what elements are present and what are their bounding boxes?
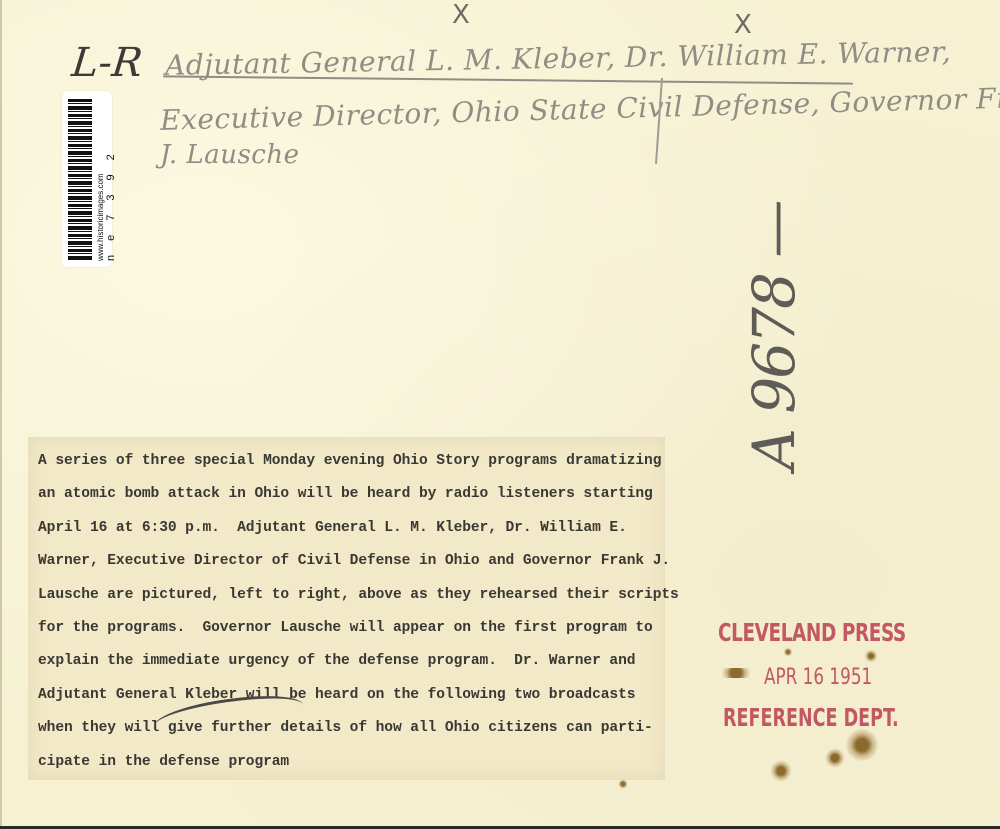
age-stain (783, 648, 793, 656)
caption-line: cipate in the defense program (38, 746, 679, 779)
accession-number: A 9678 — (740, 202, 808, 470)
barcode-icon (68, 99, 92, 261)
caption-line: an atomic bomb attack in Ohio will be he… (38, 478, 679, 511)
x-mark-icon: X (452, 0, 470, 30)
x-mark-icon: X (734, 10, 752, 40)
caption-line: A series of three special Monday evening… (38, 445, 679, 478)
barcode-website: www.historicimages.com (96, 101, 105, 261)
caption-line: Warner, Executive Director of Civil Defe… (38, 545, 679, 578)
age-stain (716, 668, 756, 678)
age-stain (825, 748, 845, 768)
stamp-department: REFERENCE DEPT. (723, 703, 899, 732)
caption-line: for the programs. Governor Lausche will … (38, 612, 679, 645)
age-stain (770, 760, 792, 782)
barcode-digits: ne7392 (105, 140, 117, 261)
typed-caption-slip: A series of three special Monday evening… (28, 437, 665, 780)
orientation-note: L-R (70, 40, 145, 86)
photo-back: L-R Adjutant General L. M. Kleber, Dr. W… (0, 0, 1000, 826)
barcode-label: www.historicimages.com ne7392 (62, 91, 112, 267)
age-stain (864, 650, 878, 662)
stamp-publisher: CLEVELAND PRESS (718, 618, 906, 647)
caption-line: explain the immediate urgency of the def… (38, 645, 679, 678)
caption-text: A series of three special Monday evening… (38, 445, 679, 779)
handwritten-caption-line-2: Executive Director, Ohio State Civil Def… (160, 80, 1000, 137)
caption-line: Adjutant General Kleber will be heard on… (38, 679, 679, 712)
age-stain (618, 779, 628, 789)
handwritten-caption-line-3: J. Lausche (160, 140, 299, 170)
age-stain (845, 728, 879, 762)
caption-line: when they will give further details of h… (38, 712, 679, 745)
stamp-date: APR 16 1951 (764, 665, 872, 690)
handwritten-caption-line-1: Adjutant General L. M. Kleber, Dr. Willi… (165, 35, 952, 82)
caption-line: April 16 at 6:30 p.m. Adjutant General L… (38, 512, 679, 545)
paper-edge (0, 0, 2, 826)
caption-line: Lausche are pictured, left to right, abo… (38, 579, 679, 612)
